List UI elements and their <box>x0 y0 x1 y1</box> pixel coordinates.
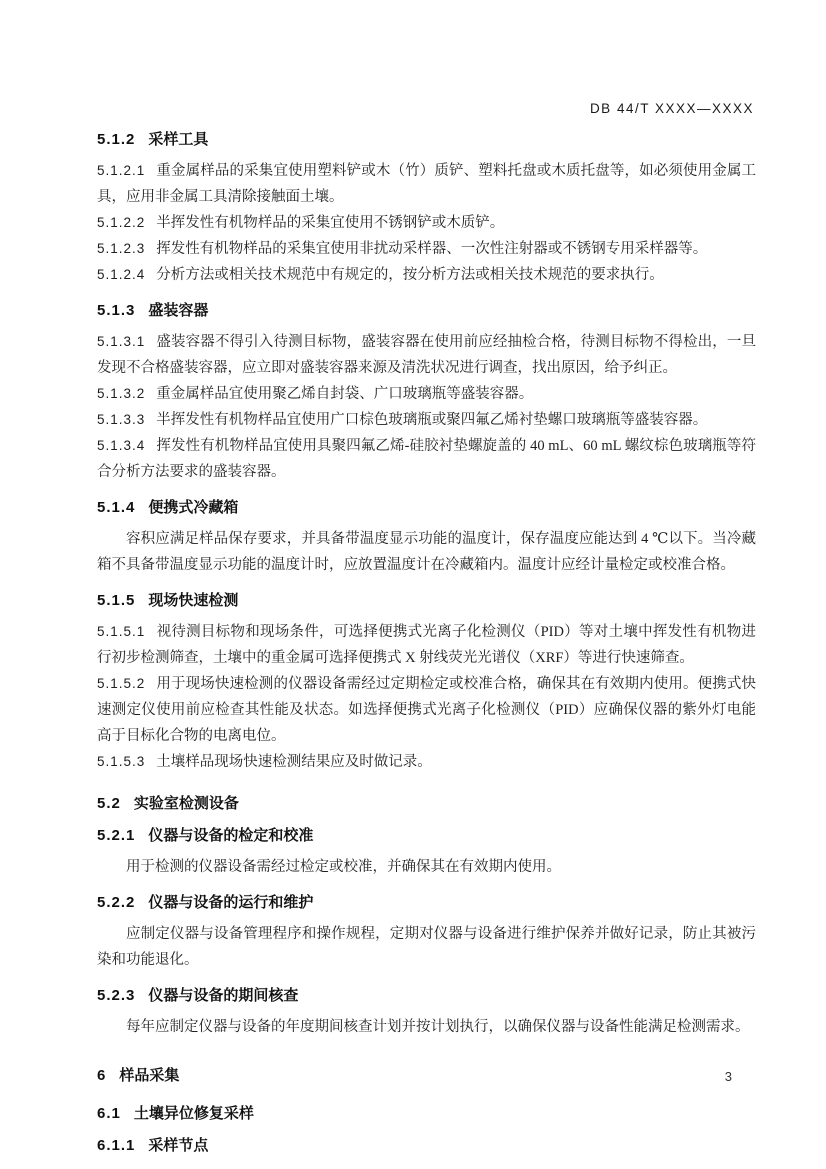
section-number: 5.2.2 <box>97 894 135 911</box>
clause-5.1.2.3: 5.1.2.3挥发性有机物样品的采集宜使用非扰动采样器、一次性注射器或不锈钢专用… <box>97 236 756 262</box>
section-title: 土壤异位修复采样 <box>134 1105 254 1122</box>
section-heading-5.2.1: 5.2.1仪器与设备的检定和校准 <box>97 826 756 845</box>
section-number: 5.2.3 <box>97 987 135 1004</box>
paragraph: 每年应制定仪器与设备的年度期间核查计划并按计划执行，以确保仪器与设备性能满足检测… <box>97 1014 756 1040</box>
section-title: 盛装容器 <box>148 302 208 319</box>
section-number: 5.1.3 <box>97 302 135 319</box>
clause-5.1.3.1: 5.1.3.1盛装容器不得引入待测目标物，盛装容器在使用前应经抽检合格，待测目标… <box>97 329 756 381</box>
clause-number: 5.1.5.2 <box>97 676 145 691</box>
clause-number: 5.1.2.1 <box>97 163 145 178</box>
section-title: 便携式冷藏箱 <box>148 499 238 516</box>
page-number: 3 <box>725 1069 732 1084</box>
section-title: 样品采集 <box>119 1067 179 1084</box>
section-title: 现场快速检测 <box>148 592 238 609</box>
section-number: 5.1.4 <box>97 499 135 516</box>
section-number: 5.1.2 <box>97 131 135 148</box>
section-heading-5.1.2: 5.1.2采样工具 <box>97 130 756 149</box>
clause-5.1.2.1: 5.1.2.1重金属样品的采集宜使用塑料铲或木（竹）质铲、塑料托盘或木质托盘等，… <box>97 158 756 210</box>
clause-text: 半挥发性有机物样品宜使用广口棕色玻璃瓶或聚四氟乙烯衬垫螺口玻璃瓶等盛装容器。 <box>156 412 707 428</box>
section-number: 5.2 <box>97 795 121 812</box>
document-body: 5.1.2采样工具5.1.2.1重金属样品的采集宜使用塑料铲或木（竹）质铲、塑料… <box>97 130 756 1155</box>
document-page: DB 44/T XXXX—XXXX 5.1.2采样工具5.1.2.1重金属样品的… <box>0 0 826 1169</box>
clause-number: 5.1.2.3 <box>97 241 145 256</box>
paragraph: 容积应满足样品保存要求，并具备带温度显示功能的温度计，保存温度应能达到 4 ℃以… <box>97 526 756 578</box>
clause-number: 5.1.3.1 <box>97 334 145 349</box>
section-heading-5.2.3: 5.2.3仪器与设备的期间核查 <box>97 986 756 1005</box>
section-number: 6.1.1 <box>97 1137 135 1154</box>
clause-number: 5.1.5.3 <box>97 754 145 769</box>
clause-number: 5.1.3.4 <box>97 438 145 453</box>
paragraph: 用于检测的仪器设备需经过检定或校准，并确保其在有效期内使用。 <box>97 854 756 880</box>
section-heading-5.1.5: 5.1.5现场快速检测 <box>97 591 756 610</box>
section-title: 仪器与设备的检定和校准 <box>148 827 313 844</box>
clause-text: 挥发性有机物样品的采集宜使用非扰动采样器、一次性注射器或不锈钢专用采样器等。 <box>156 241 707 257</box>
paragraph: 应制定仪器与设备管理程序和操作规程，定期对仪器与设备进行维护保养并做好记录，防止… <box>97 921 756 973</box>
clause-text: 分析方法或相关技术规范中有规定的，按分析方法或相关技术规范的要求执行。 <box>156 267 664 283</box>
page-content: DB 44/T XXXX—XXXX 5.1.2采样工具5.1.2.1重金属样品的… <box>97 100 756 1164</box>
clause-text: 重金属样品的采集宜使用塑料铲或木（竹）质铲、塑料托盘或木质托盘等，如必须使用金属… <box>97 163 756 205</box>
section-heading-6.1: 6.1土壤异位修复采样 <box>97 1104 756 1123</box>
clause-5.1.3.2: 5.1.3.2重金属样品宜使用聚乙烯自封袋、广口玻璃瓶等盛装容器。 <box>97 381 756 407</box>
section-heading-6: 6样品采集 <box>97 1066 756 1085</box>
section-number: 6 <box>97 1067 106 1084</box>
section-number: 5.1.5 <box>97 592 135 609</box>
section-heading-5.2.2: 5.2.2仪器与设备的运行和维护 <box>97 893 756 912</box>
clause-text: 半挥发性有机物样品的采集宜使用不锈钢铲或木质铲。 <box>156 215 504 231</box>
section-title: 仪器与设备的运行和维护 <box>148 894 313 911</box>
clause-5.1.2.2: 5.1.2.2半挥发性有机物样品的采集宜使用不锈钢铲或木质铲。 <box>97 210 756 236</box>
standard-number-header: DB 44/T XXXX—XXXX <box>97 100 754 117</box>
clause-number: 5.1.2.2 <box>97 215 145 230</box>
clause-number: 5.1.2.4 <box>97 267 145 282</box>
section-heading-5.1.4: 5.1.4便携式冷藏箱 <box>97 498 756 517</box>
clause-5.1.5.1: 5.1.5.1视待测目标物和现场条件，可选择便携式光离子化检测仪（PID）等对土… <box>97 619 756 671</box>
clause-text: 用于现场快速检测的仪器设备需经过定期检定或校准合格，确保其在有效期内使用。便携式… <box>97 676 756 744</box>
section-number: 6.1 <box>97 1105 121 1122</box>
clause-number: 5.1.3.3 <box>97 412 145 427</box>
clause-text: 重金属样品宜使用聚乙烯自封袋、广口玻璃瓶等盛装容器。 <box>156 386 533 402</box>
section-title: 采样节点 <box>148 1137 208 1154</box>
clause-5.1.3.3: 5.1.3.3半挥发性有机物样品宜使用广口棕色玻璃瓶或聚四氟乙烯衬垫螺口玻璃瓶等… <box>97 407 756 433</box>
section-number: 5.2.1 <box>97 827 135 844</box>
section-title: 仪器与设备的期间核查 <box>148 987 298 1004</box>
clause-5.1.5.2: 5.1.5.2用于现场快速检测的仪器设备需经过定期检定或校准合格，确保其在有效期… <box>97 671 756 749</box>
clause-5.1.5.3: 5.1.5.3土壤样品现场快速检测结果应及时做记录。 <box>97 749 756 775</box>
clause-5.1.3.4: 5.1.3.4挥发性有机物样品宜使用具聚四氟乙烯-硅胶衬垫螺旋盖的 40 mL、… <box>97 433 756 485</box>
section-title: 采样工具 <box>148 131 208 148</box>
clause-text: 土壤样品现场快速检测结果应及时做记录。 <box>156 754 432 770</box>
section-heading-5.2: 5.2实验室检测设备 <box>97 794 756 813</box>
section-heading-5.1.3: 5.1.3盛装容器 <box>97 301 756 320</box>
clause-text: 视待测目标物和现场条件，可选择便携式光离子化检测仪（PID）等对土壤中挥发性有机… <box>97 624 756 666</box>
section-heading-6.1.1: 6.1.1采样节点 <box>97 1136 756 1155</box>
section-title: 实验室检测设备 <box>134 795 239 812</box>
clause-5.1.2.4: 5.1.2.4分析方法或相关技术规范中有规定的，按分析方法或相关技术规范的要求执… <box>97 262 756 288</box>
clause-number: 5.1.5.1 <box>97 624 145 639</box>
clause-text: 挥发性有机物样品宜使用具聚四氟乙烯-硅胶衬垫螺旋盖的 40 mL、60 mL 螺… <box>97 438 756 480</box>
clause-number: 5.1.3.2 <box>97 386 145 401</box>
clause-text: 盛装容器不得引入待测目标物，盛装容器在使用前应经抽检合格，待测目标物不得检出，一… <box>97 334 756 376</box>
